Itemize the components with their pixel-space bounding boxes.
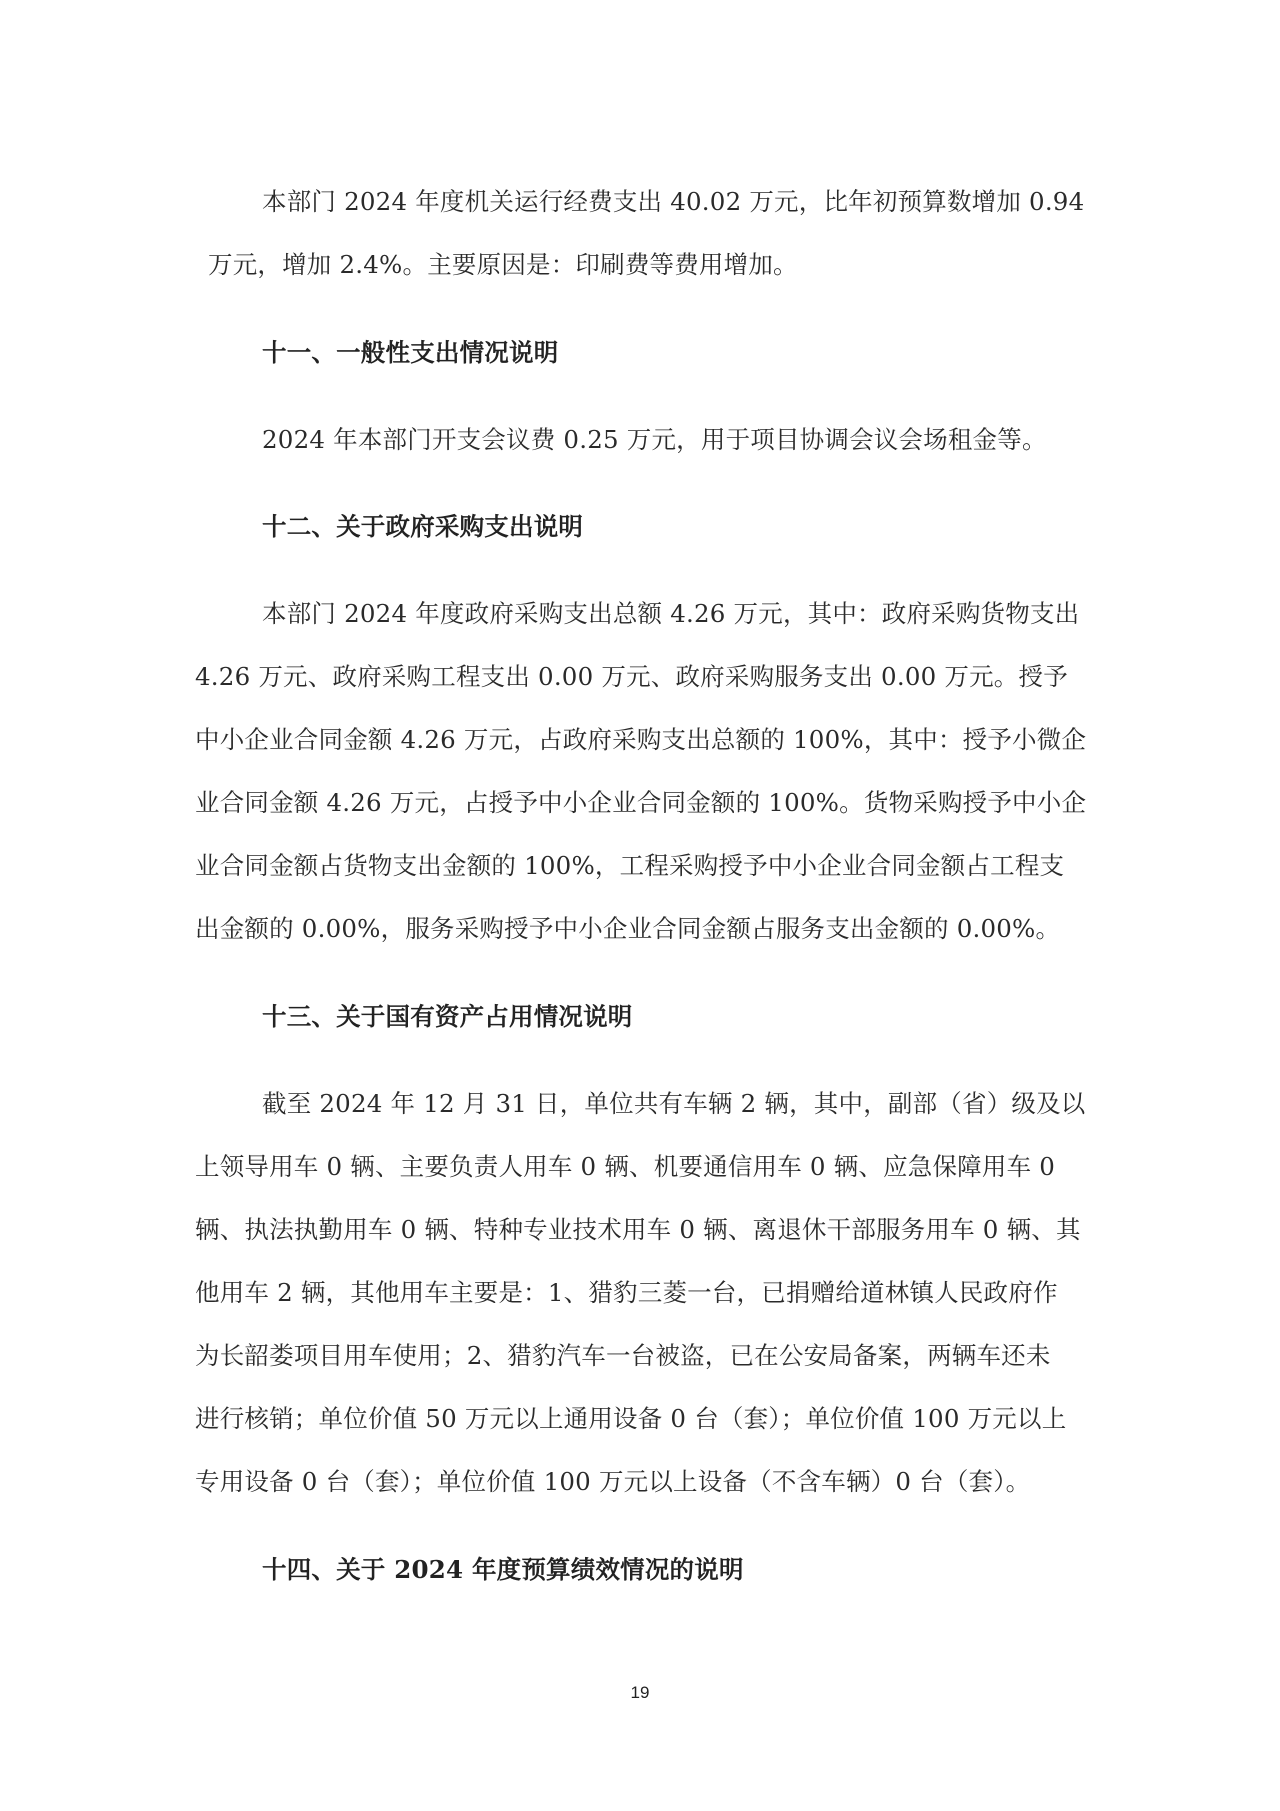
section-heading-11: 十一、一般性支出情况说明	[262, 338, 558, 368]
paragraph-assets-line-1: 截至 2024 年 12 月 31 日，单位共有车辆 2 辆，其中，副部（省）级…	[262, 1089, 1086, 1119]
page-number: 19	[0, 1683, 1280, 1703]
paragraph-procurement-line-5: 业合同金额占货物支出金额的 100%，工程采购授予中小企业合同金额占工程支	[195, 851, 1064, 881]
paragraph-meeting-fees: 2024 年本部门开支会议费 0.25 万元，用于项目协调会议会场租金等。	[262, 425, 1047, 455]
paragraph-operating-expenses-line-2: 万元，增加 2.4%。主要原因是：印刷费等费用增加。	[208, 250, 798, 280]
paragraph-procurement-line-6: 出金额的 0.00%，服务采购授予中小企业合同金额占服务支出金额的 0.00%。	[195, 914, 1060, 944]
paragraph-procurement-line-1: 本部门 2024 年度政府采购支出总额 4.26 万元，其中：政府采购货物支出	[262, 599, 1079, 629]
section-heading-12: 十二、关于政府采购支出说明	[262, 512, 583, 542]
paragraph-assets-line-6: 进行核销；单位价值 50 万元以上通用设备 0 台（套）；单位价值 100 万元…	[195, 1404, 1066, 1434]
paragraph-operating-expenses-line-1: 本部门 2024 年度机关运行经费支出 40.02 万元，比年初预算数增加 0.…	[262, 187, 1084, 217]
paragraph-assets-line-3: 辆、执法执勤用车 0 辆、特种专业技术用车 0 辆、离退休干部服务用车 0 辆、…	[195, 1215, 1081, 1245]
paragraph-procurement-line-3: 中小企业合同金额 4.26 万元，占政府采购支出总额的 100%，其中：授予小微…	[195, 725, 1086, 755]
paragraph-assets-line-4: 他用车 2 辆，其他用车主要是：1、猎豹三菱一台，已捐赠给道林镇人民政府作	[195, 1278, 1058, 1308]
paragraph-assets-line-2: 上领导用车 0 辆、主要负责人用车 0 辆、机要通信用车 0 辆、应急保障用车 …	[195, 1152, 1055, 1182]
section-heading-14: 十四、关于 2024 年度预算绩效情况的说明	[262, 1555, 744, 1585]
paragraph-procurement-line-4: 业合同金额 4.26 万元，占授予中小企业合同金额的 100%。货物采购授予中小…	[195, 788, 1086, 818]
paragraph-assets-line-7: 专用设备 0 台（套）；单位价值 100 万元以上设备（不含车辆）0 台（套）。	[195, 1467, 1030, 1497]
section-heading-13: 十三、关于国有资产占用情况说明	[262, 1002, 633, 1032]
document-page: 本部门 2024 年度机关运行经费支出 40.02 万元，比年初预算数增加 0.…	[0, 0, 1280, 1811]
paragraph-assets-line-5: 为长韶娄项目用车使用；2、猎豹汽车一台被盗，已在公安局备案，两辆车还未	[195, 1341, 1051, 1371]
paragraph-procurement-line-2: 4.26 万元、政府采购工程支出 0.00 万元、政府采购服务支出 0.00 万…	[195, 662, 1068, 692]
